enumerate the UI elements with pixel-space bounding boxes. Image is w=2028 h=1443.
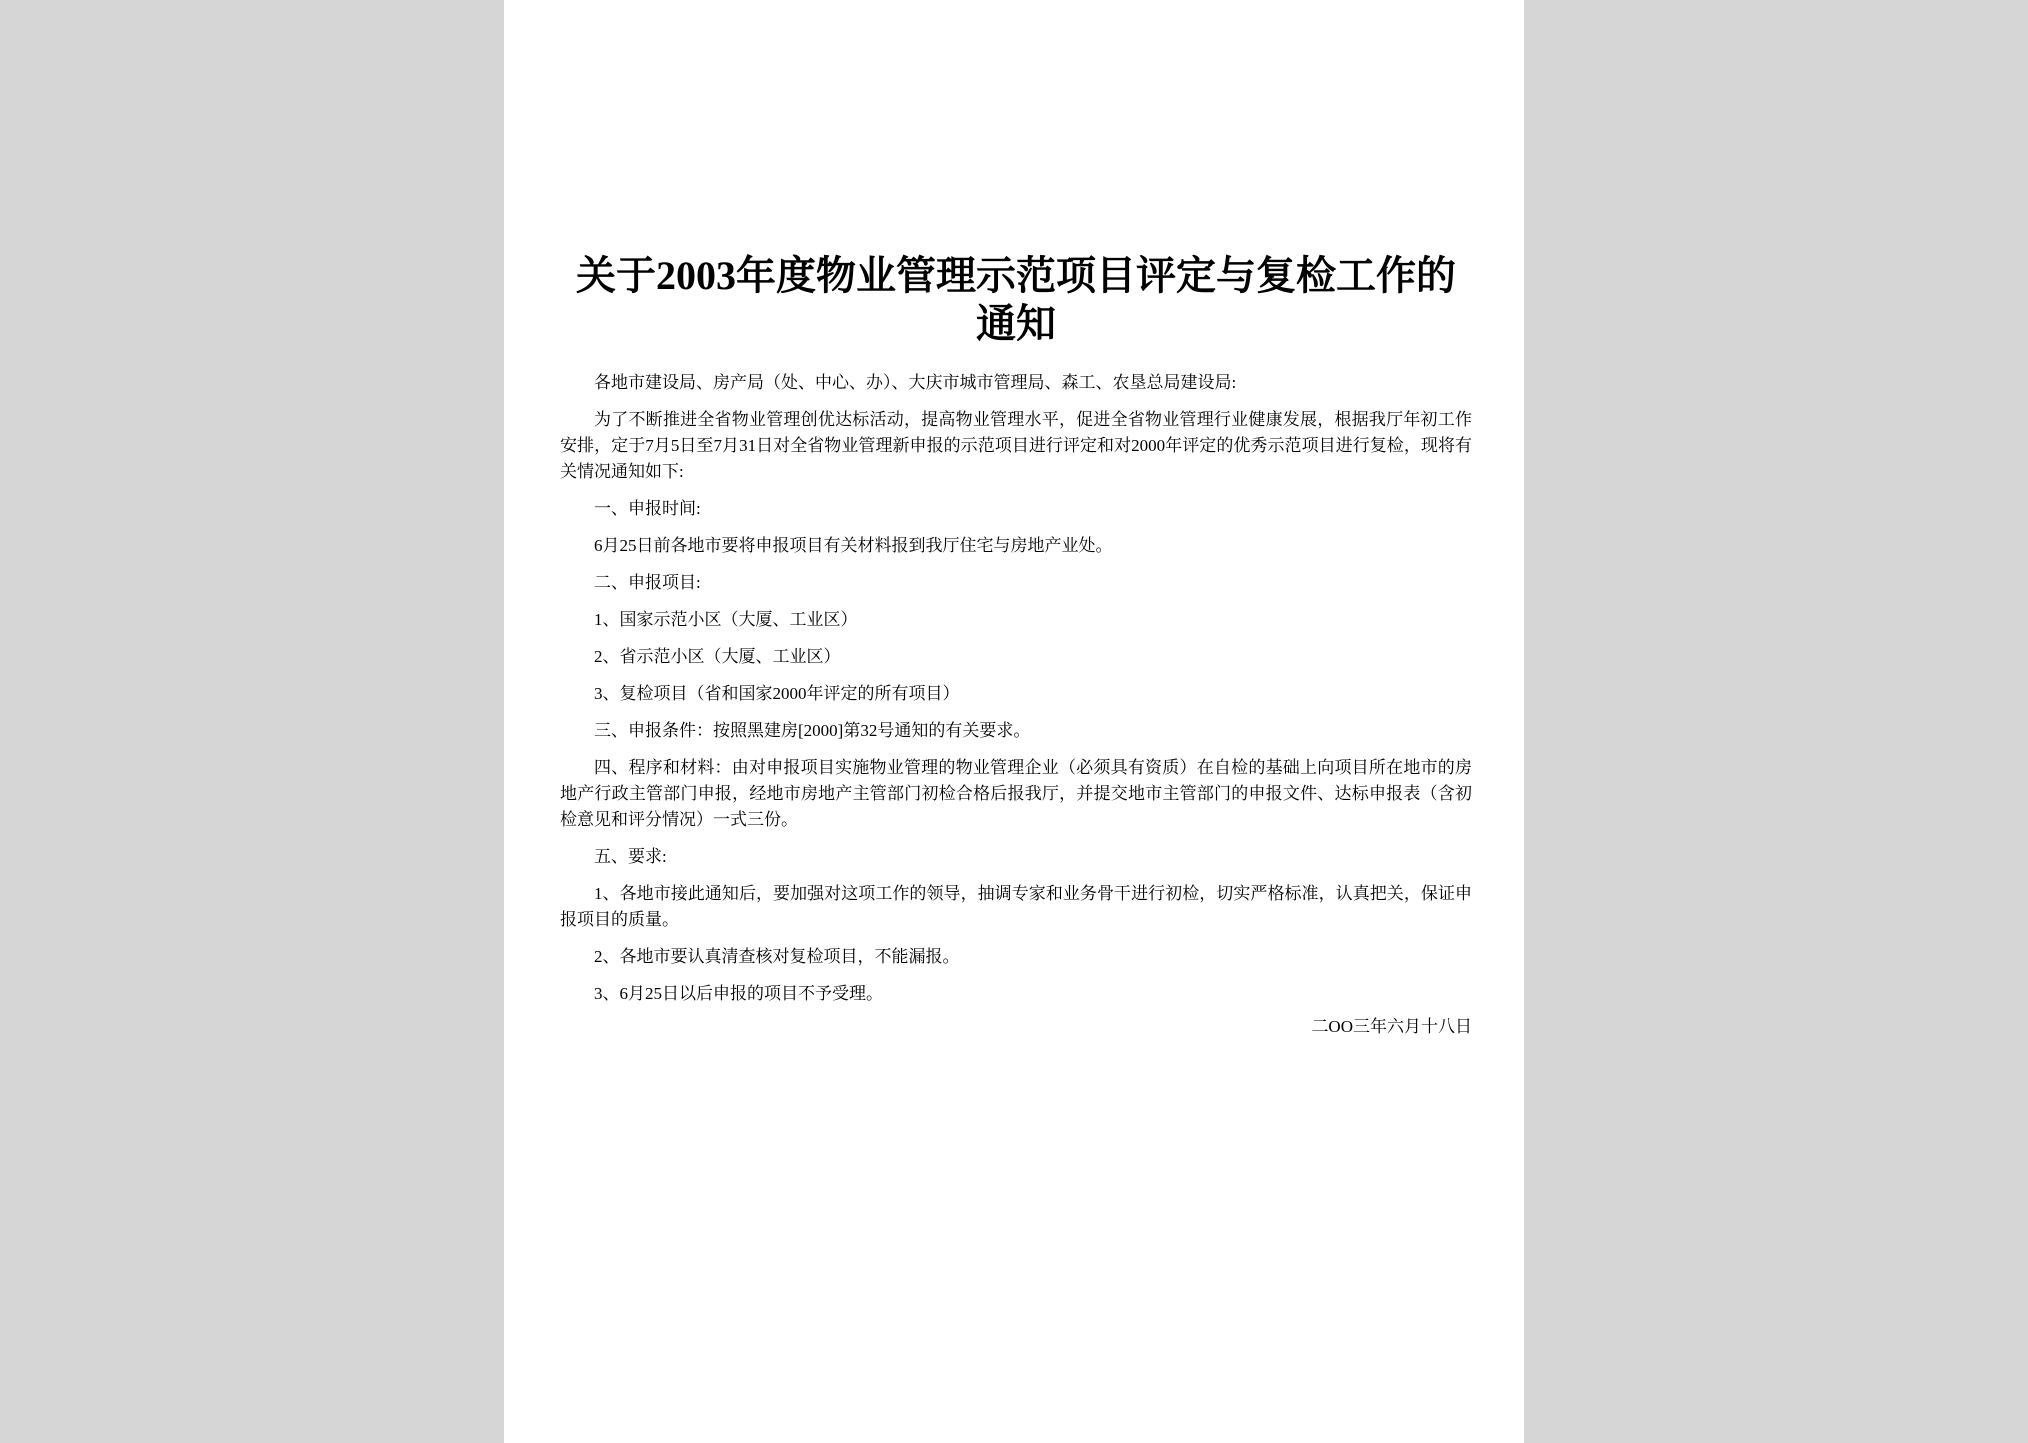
section-heading-application-time: 一、申报时间:	[560, 496, 1472, 522]
requirement-item-3: 3、6月25日以后申报的项目不予受理。	[560, 981, 1472, 1007]
notice-page: 关于2003年度物业管理示范项目评定与复检工作的通知 各地市建设局、房产局（处、…	[504, 0, 1524, 1443]
notice-salutation: 各地市建设局、房产局（处、中心、办）、大庆市城市管理局、森工、农垦总局建设局:	[560, 370, 1472, 396]
requirement-item-1: 1、各地市接此通知后，要加强对这项工作的领导，抽调专家和业务骨干进行初检，切实严…	[560, 881, 1472, 933]
notice-title: 关于2003年度物业管理示范项目评定与复检工作的通知	[560, 252, 1472, 348]
section-heading-application-projects: 二、申报项目:	[560, 570, 1472, 596]
notice-date: 二OO三年六月十八日	[560, 1014, 1472, 1040]
requirement-item-2: 2、各地市要认真清查核对复检项目，不能漏报。	[560, 944, 1472, 970]
document-viewer: 关于2003年度物业管理示范项目评定与复检工作的通知 各地市建设局、房产局（处、…	[0, 0, 2028, 1443]
section-application-conditions: 三、申报条件：按照黑建房[2000]第32号通知的有关要求。	[560, 718, 1472, 744]
application-project-item-1: 1、国家示范小区（大厦、工业区）	[560, 607, 1472, 633]
application-project-item-2: 2、省示范小区（大厦、工业区）	[560, 644, 1472, 670]
section-procedure-and-materials: 四、程序和材料：由对申报项目实施物业管理的物业管理企业（必须具有资质）在自检的基…	[560, 755, 1472, 833]
section-heading-requirements: 五、要求:	[560, 844, 1472, 870]
application-time-body: 6月25日前各地市要将申报项目有关材料报到我厅住宅与房地产业处。	[560, 533, 1472, 559]
notice-intro: 为了不断推进全省物业管理创优达标活动，提高物业管理水平，促进全省物业管理行业健康…	[560, 407, 1472, 485]
application-project-item-3: 3、复检项目（省和国家2000年评定的所有项目）	[560, 681, 1472, 707]
